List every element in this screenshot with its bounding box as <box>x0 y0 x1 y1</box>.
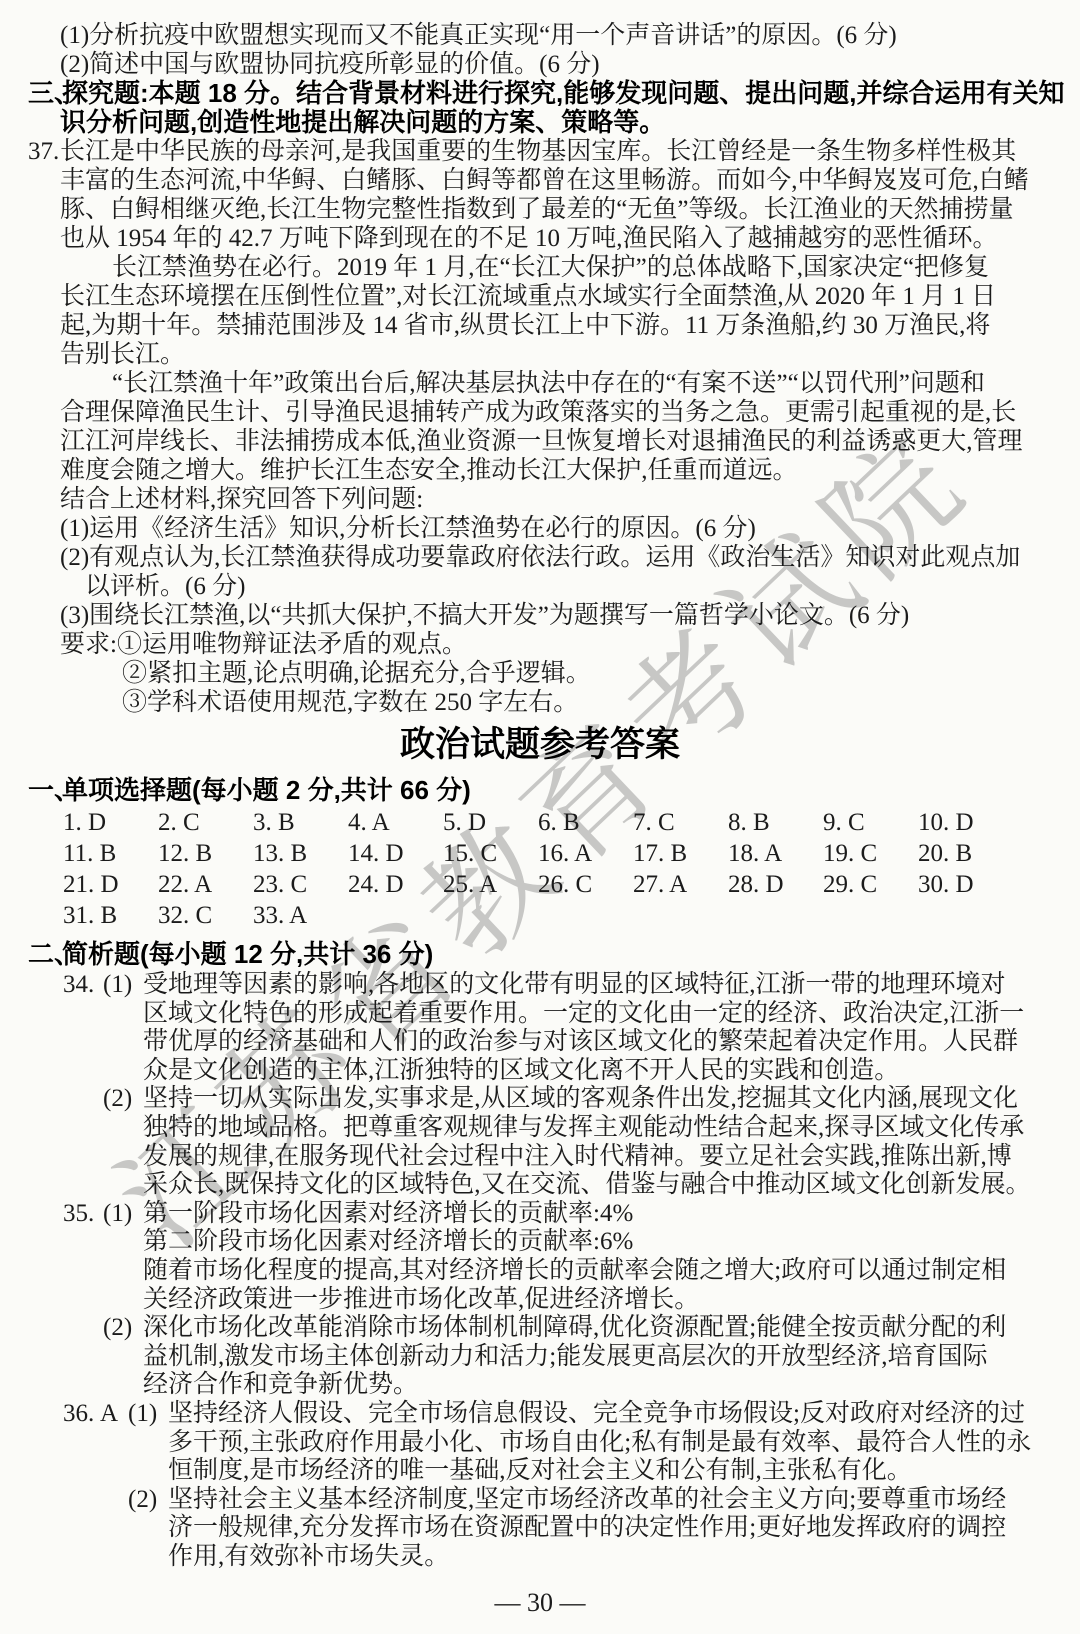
answer-36-a-1-text: 恒制度,是市场经济的唯一基础,反对社会主义和公有制,主张私有化。 <box>0 1457 1080 1486</box>
answer-36-a-2-text: 作用,有效弥补市场失灵。 <box>0 1543 1080 1572</box>
text-segment: 识分析问题,创造性地提出解决问题的方案、策略等。 <box>60 107 665 137</box>
question-37-line: 37.长江是中华民族的母亲河,是我国重要的生物基因宝库。长江曾经是一条生物多样性… <box>0 137 1080 166</box>
question-2-line: (2)简述中国与欧盟协同抗疫所彰显的价值。(6 分) <box>0 50 1080 79</box>
text-segment: 要求:①运用唯物辩证法矛盾的观点。 <box>60 631 467 658</box>
mcq-answer-cell: 10. D <box>918 807 1013 838</box>
brief-section-heading: 二、简析题(每小题 12 分,共计 36 分) <box>0 937 1080 971</box>
text-segment: (2) <box>128 1486 168 1515</box>
text-segment: (3)围绕长江禁渔,以“共抓大保护,不搞大开发”为题撰写一篇哲学小论文。(6 分… <box>60 602 909 629</box>
mcq-section-heading: 一、单项选择题(每小题 2 分,共计 66 分) <box>0 773 1080 807</box>
mcq-answer-cell: 29. C <box>823 869 918 900</box>
text-segment: 35. <box>63 1200 103 1229</box>
mcq-answer-row: 31. B32. C33. A <box>0 900 1080 931</box>
answer-34-1-text: 区域文化特色的形成起着重要作用。一定的文化由一定的经济、政治决定,江浙一 <box>0 1000 1080 1029</box>
mcq-answer-row: 1. D2. C3. B4. A5. D6. B7. C8. B9. C10. … <box>0 807 1080 838</box>
answer-key-title: 政治试题参考答案 <box>0 723 1080 767</box>
mcq-answer-cell: 28. D <box>728 869 823 900</box>
requirement-3: ③学科术语使用规范,字数在 250 字左右。 <box>0 688 1080 717</box>
text-segment: 坚持社会主义基本经济制度,坚定市场经济改革的社会主义方向;要尊重市场经 <box>168 1486 1006 1513</box>
mcq-answer-cell: 14. D <box>348 838 443 869</box>
mcq-answer-cell: 23. C <box>253 869 348 900</box>
text-segment: 深化市场化改革能消除市场体制机制障碍,优化资源配置;能健全按贡献分配的利 <box>143 1314 1006 1341</box>
text-segment: A <box>100 1400 128 1429</box>
answer-36-a-1-text: 多干预,主张政府作用最小化、市场自由化;私有制是最有效率、最符合人性的永 <box>0 1429 1080 1458</box>
mcq-answer-cell: 17. B <box>633 838 728 869</box>
text-segment: 难度会随之增大。维护长江生态安全,推动长江大保护,任重而道远。 <box>60 457 798 484</box>
text-segment: (2)简述中国与欧盟协同抗疫所彰显的价值。(6 分) <box>60 51 600 78</box>
text-segment: 独特的地域品格。把尊重客观规律与发挥主观能动性结合起来,探寻区域文化传承 <box>143 1114 1024 1141</box>
text-segment: (1)分析抗疫中欧盟想实现而又不能真正实现“用一个声音讲话”的原因。(6 分) <box>60 22 897 49</box>
answer-35-2-text: 益机制,激发市场主体创新动力和活力;能发展更高层次的开放型经济,培育国际 <box>0 1343 1080 1372</box>
mcq-answer-cell: 13. B <box>253 838 348 869</box>
text-segment: 以评析。(6 分) <box>85 573 245 600</box>
answer-34-2-text: 采众长,既保持文化的区域特色,又在交流、借鉴与融合中推动区域文化创新发展。 <box>0 1171 1080 1200</box>
question-37-text: 丰富的生态河流,中华鲟、白鳍豚、白鲟等都曾在这里畅游。而如今,中华鲟岌岌可危,白… <box>0 166 1080 195</box>
mcq-answer-cell: 16. A <box>538 838 633 869</box>
question-37-text: “长江禁渔十年”政策出台后,解决基层执法中存在的“有案不送”“以罚代刑”问题和 <box>0 369 1080 398</box>
text-segment: (2)有观点认为,长江禁渔获得成功要靠政府依法行政。运用《政治生活》知识对此观点… <box>60 544 1020 571</box>
answer-35-1-text: 关经济政策进一步推进市场化改革,促进经济增长。 <box>0 1286 1080 1315</box>
mcq-answer-cell: 7. C <box>633 807 728 838</box>
answer-34-2-text: 发展的规律,在服务现代社会过程中注入时代精神。要立足社会实践,推陈出新,博 <box>0 1143 1080 1172</box>
mcq-answer-cell: 3. B <box>253 807 348 838</box>
text-segment: (2) <box>103 1085 143 1114</box>
text-segment: 第一阶段市场化因素对经济增长的贡献率:4% <box>143 1200 633 1227</box>
section-2-heading: 二、简析题(每小题 12 分,共计 36 分) <box>0 937 1080 971</box>
mcq-answer-cell: 9. C <box>823 807 918 838</box>
text-segment: 告别长江。 <box>60 341 185 368</box>
text-segment: (1) <box>103 971 143 1000</box>
mcq-answer-cell: 22. A <box>158 869 253 900</box>
text-segment: 豚、白鲟相继灭绝,长江生物完整性指数到了最差的“无鱼”等级。长江渔业的天然捕捞量 <box>60 196 1013 223</box>
text-segment: 经济合作和竞争新优势。 <box>143 1371 418 1398</box>
text-segment: (2) <box>103 1314 143 1343</box>
question-section: (1)分析抗疫中欧盟想实现而又不能真正实现“用一个声音讲话”的原因。(6 分)(… <box>0 0 1080 717</box>
text-segment: 第二阶段市场化因素对经济增长的贡献率:6% <box>143 1228 633 1255</box>
mcq-answer-cell: 21. D <box>63 869 158 900</box>
text-segment: 长江是中华民族的母亲河,是我国重要的生物基因宝库。长江曾经是一条生物多样性极其 <box>60 138 1016 165</box>
answer-34-2-text: 独特的地域品格。把尊重客观规律与发挥主观能动性结合起来,探寻区域文化传承 <box>0 1114 1080 1143</box>
text-segment: 36. <box>63 1400 100 1429</box>
text-segment: 三、 <box>28 79 62 108</box>
text-segment: ②紧扣主题,论点明确,论据充分,合乎逻辑。 <box>122 660 591 687</box>
mcq-answer-cell: 20. B <box>918 838 1013 869</box>
answer-34-1-text: 带优厚的经济基础和人们的政治参与对该区域文化的繁荣起着决定作用。人民群 <box>0 1028 1080 1057</box>
text-segment: 作用,有效弥补市场失灵。 <box>168 1543 449 1570</box>
text-segment: 一、 <box>28 773 62 807</box>
text-segment: 结合上述材料,探究回答下列问题: <box>60 486 423 513</box>
question-37-prompt: 结合上述材料,探究回答下列问题: <box>0 485 1080 514</box>
text-segment: 关经济政策进一步推进市场化改革,促进经济增长。 <box>143 1286 699 1313</box>
answer-36-a-1: 36.A(1)坚持经济人假设、完全市场信息假设、完全竞争市场假设;反对政府对经济… <box>0 1400 1080 1429</box>
brief-answer-section: 34.(1)受地理等因素的影响,各地区的文化带有明显的区域特征,江浙一带的地理环… <box>0 971 1080 1571</box>
text-segment: 众是文化创造的主体,江浙独特的区域文化离不开人民的实践和创造。 <box>143 1057 899 1084</box>
text-segment: 37. <box>28 137 60 166</box>
answer-36-a-2: (2)坚持社会主义基本经济制度,坚定市场经济改革的社会主义方向;要尊重市场经 <box>0 1486 1080 1515</box>
text-segment: 坚持经济人假设、完全市场信息假设、完全竞争市场假设;反对政府对经济的过 <box>168 1400 1025 1427</box>
section-3-heading: 三、探究题:本题 18 分。结合背景材料进行探究,能够发现问题、提出问题,并综合… <box>0 79 1080 108</box>
mcq-answer-cell: 24. D <box>348 869 443 900</box>
mcq-answer-cell: 8. B <box>728 807 823 838</box>
mcq-answer-cell: 11. B <box>63 838 158 869</box>
mcq-answer-cell: 30. D <box>918 869 1013 900</box>
question-37-text: 长江禁渔势在必行。2019 年 1 月,在“长江大保护”的总体战略下,国家决定“… <box>0 253 1080 282</box>
text-segment: ③学科术语使用规范,字数在 250 字左右。 <box>122 689 578 716</box>
mcq-answer-cell: 1. D <box>63 807 158 838</box>
answer-34-1: 34.(1)受地理等因素的影响,各地区的文化带有明显的区域特征,江浙一带的地理环… <box>0 971 1080 1000</box>
page-number: — 30 — <box>0 1588 1080 1618</box>
mcq-answer-cell: 27. A <box>633 869 728 900</box>
mcq-answer-cell: 18. A <box>728 838 823 869</box>
text-segment: 益机制,激发市场主体创新动力和活力;能发展更高层次的开放型经济,培育国际 <box>143 1343 987 1370</box>
question-1-line: (1)分析抗疫中欧盟想实现而又不能真正实现“用一个声音讲话”的原因。(6 分) <box>0 21 1080 50</box>
question-37-sub-1: (1)运用《经济生活》知识,分析长江禁渔势在必行的原因。(6 分) <box>0 514 1080 543</box>
answer-34-2: (2)坚持一切从实际出发,实事求是,从区域的客观条件出发,挖掘其文化内涵,展现文… <box>0 1085 1080 1114</box>
text-segment: (1) <box>128 1400 168 1429</box>
question-37-text: 豚、白鲟相继灭绝,长江生物完整性指数到了最差的“无鱼”等级。长江渔业的天然捕捞量 <box>0 195 1080 224</box>
mcq-answer-cell: 15. C <box>443 838 538 869</box>
page-content: (1)分析抗疫中欧盟想实现而又不能真正实现“用一个声音讲话”的原因。(6 分)(… <box>0 0 1080 1571</box>
text-segment: (1) <box>103 1200 143 1229</box>
answer-35-2: (2)深化市场化改革能消除市场体制机制障碍,优化资源配置;能健全按贡献分配的利 <box>0 1314 1080 1343</box>
text-segment: 合理保障渔民生计、引导渔民退捕转产成为政策落实的当务之急。更需引起重视的是,长 <box>60 399 1016 426</box>
question-37-text: 难度会随之增大。维护长江生态安全,推动长江大保护,任重而道远。 <box>0 456 1080 485</box>
question-37-sub-2: (2)有观点认为,长江禁渔获得成功要靠政府依法行政。运用《政治生活》知识对此观点… <box>0 543 1080 572</box>
mcq-answer-cell: 33. A <box>253 900 348 931</box>
question-37-text: 江江河岸线长、非法捕捞成本低,渔业资源一旦恢复增长对退捕渔民的利益诱惑更大,管理 <box>0 427 1080 456</box>
answer-35-1-text: 随着市场化程度的提高,其对经济增长的贡献率会随之增大;政府可以通过制定相 <box>0 1257 1080 1286</box>
text-segment: 江江河岸线长、非法捕捞成本低,渔业资源一旦恢复增长对退捕渔民的利益诱惑更大,管理 <box>60 428 1023 455</box>
mcq-answer-cell: 12. B <box>158 838 253 869</box>
text-segment: 二、 <box>28 937 62 971</box>
mcq-answer-row: 11. B12. B13. B14. D15. C16. A17. B18. A… <box>0 838 1080 869</box>
text-segment: 单项选择题(每小题 2 分,共计 66 分) <box>62 775 471 805</box>
answer-34-1-text: 众是文化创造的主体,江浙独特的区域文化离不开人民的实践和创造。 <box>0 1057 1080 1086</box>
text-segment: 采众长,既保持文化的区域特色,又在交流、借鉴与融合中推动区域文化创新发展。 <box>143 1171 1031 1198</box>
answer-36-a-2-text: 济一般规律,充分发挥市场在资源配置中的决定性作用;更好地发挥政府的调控 <box>0 1514 1080 1543</box>
mcq-answer-grid: 1. D2. C3. B4. A5. D6. B7. C8. B9. C10. … <box>0 807 1080 931</box>
text-segment: 探究题:本题 18 分。结合背景材料进行探究,能够发现问题、提出问题,并综合运用… <box>62 78 1064 108</box>
text-segment: 受地理等因素的影响,各地区的文化带有明显的区域特征,江浙一带的地理环境对 <box>143 971 1006 998</box>
question-37-text: 合理保障渔民生计、引导渔民退捕转产成为政策落实的当务之急。更需引起重视的是,长 <box>0 398 1080 427</box>
text-segment: 恒制度,是市场经济的唯一基础,反对社会主义和公有制,主张私有化。 <box>168 1457 912 1484</box>
requirement-1: 要求:①运用唯物辩证法矛盾的观点。 <box>0 630 1080 659</box>
text-segment: “长江禁渔十年”政策出台后,解决基层执法中存在的“有案不送”“以罚代刑”问题和 <box>112 370 985 397</box>
question-37-text: 长江生态环境摆在压倒性位置”,对长江流域重点水域实行全面禁渔,从 2020 年 … <box>0 282 1080 311</box>
exam-answer-page: 江苏省教育考试院 (1)分析抗疫中欧盟想实现而又不能真正实现“用一个声音讲话”的… <box>0 0 1080 1634</box>
text-segment: 起,为期十年。禁捕范围涉及 14 省市,纵贯长江上中下游。11 万条渔船,约 3… <box>60 312 990 339</box>
mcq-answer-cell: 5. D <box>443 807 538 838</box>
text-segment: 丰富的生态河流,中华鲟、白鳍豚、白鲟等都曾在这里畅游。而如今,中华鲟岌岌可危,白… <box>60 167 1029 194</box>
section-1-heading: 一、单项选择题(每小题 2 分,共计 66 分) <box>0 773 1080 807</box>
text-segment: 带优厚的经济基础和人们的政治参与对该区域文化的繁荣起着决定作用。人民群 <box>143 1028 1018 1055</box>
requirement-2: ②紧扣主题,论点明确,论据充分,合乎逻辑。 <box>0 659 1080 688</box>
answer-35-2-text: 经济合作和竞争新优势。 <box>0 1371 1080 1400</box>
answer-35-1-text: 第二阶段市场化因素对经济增长的贡献率:6% <box>0 1228 1080 1257</box>
question-37-sub-3: (3)围绕长江禁渔,以“共抓大保护,不搞大开发”为题撰写一篇哲学小论文。(6 分… <box>0 601 1080 630</box>
mcq-answer-cell: 26. C <box>538 869 633 900</box>
mcq-answer-cell: 19. C <box>823 838 918 869</box>
text-segment: 发展的规律,在服务现代社会过程中注入时代精神。要立足社会实践,推陈出新,博 <box>143 1143 1012 1170</box>
text-segment: 济一般规律,充分发挥市场在资源配置中的决定性作用;更好地发挥政府的调控 <box>168 1514 1006 1541</box>
text-segment: (1)运用《经济生活》知识,分析长江禁渔势在必行的原因。(6 分) <box>60 515 756 542</box>
text-segment: 区域文化特色的形成起着重要作用。一定的文化由一定的经济、政治决定,江浙一 <box>143 1000 1024 1027</box>
mcq-answer-cell: 6. B <box>538 807 633 838</box>
mcq-answer-cell: 4. A <box>348 807 443 838</box>
mcq-answer-row: 21. D22. A23. C24. D25. A26. C27. A28. D… <box>0 869 1080 900</box>
question-37-text: 也从 1954 年的 42.7 万吨下降到现在的不足 10 万吨,渔民陷入了越捕… <box>0 224 1080 253</box>
section-3-heading-cont: 识分析问题,创造性地提出解决问题的方案、策略等。 <box>0 108 1080 137</box>
question-37-text: 告别长江。 <box>0 340 1080 369</box>
question-37-sub-2-cont: 以评析。(6 分) <box>0 572 1080 601</box>
mcq-answer-cell: 2. C <box>158 807 253 838</box>
text-segment: 简析题(每小题 12 分,共计 36 分) <box>62 939 433 969</box>
mcq-answer-cell: 25. A <box>443 869 538 900</box>
text-segment: 长江禁渔势在必行。2019 年 1 月,在“长江大保护”的总体战略下,国家决定“… <box>112 254 989 281</box>
text-segment: 坚持一切从实际出发,实事求是,从区域的客观条件出发,挖掘其文化内涵,展现文化 <box>143 1085 1018 1112</box>
mcq-answer-cell: 32. C <box>158 900 253 931</box>
mcq-answer-cell: 31. B <box>63 900 158 931</box>
answer-35-1: 35.(1)第一阶段市场化因素对经济增长的贡献率:4% <box>0 1200 1080 1229</box>
question-37-text: 起,为期十年。禁捕范围涉及 14 省市,纵贯长江上中下游。11 万条渔船,约 3… <box>0 311 1080 340</box>
text-segment: 也从 1954 年的 42.7 万吨下降到现在的不足 10 万吨,渔民陷入了越捕… <box>60 225 998 252</box>
text-segment: 多干预,主张政府作用最小化、市场自由化;私有制是最有效率、最符合人性的永 <box>168 1429 1031 1456</box>
text-segment: 34. <box>63 971 103 1000</box>
text-segment: 长江生态环境摆在压倒性位置”,对长江流域重点水域实行全面禁渔,从 2020 年 … <box>60 283 996 310</box>
text-segment: 随着市场化程度的提高,其对经济增长的贡献率会随之增大;政府可以通过制定相 <box>143 1257 1006 1284</box>
